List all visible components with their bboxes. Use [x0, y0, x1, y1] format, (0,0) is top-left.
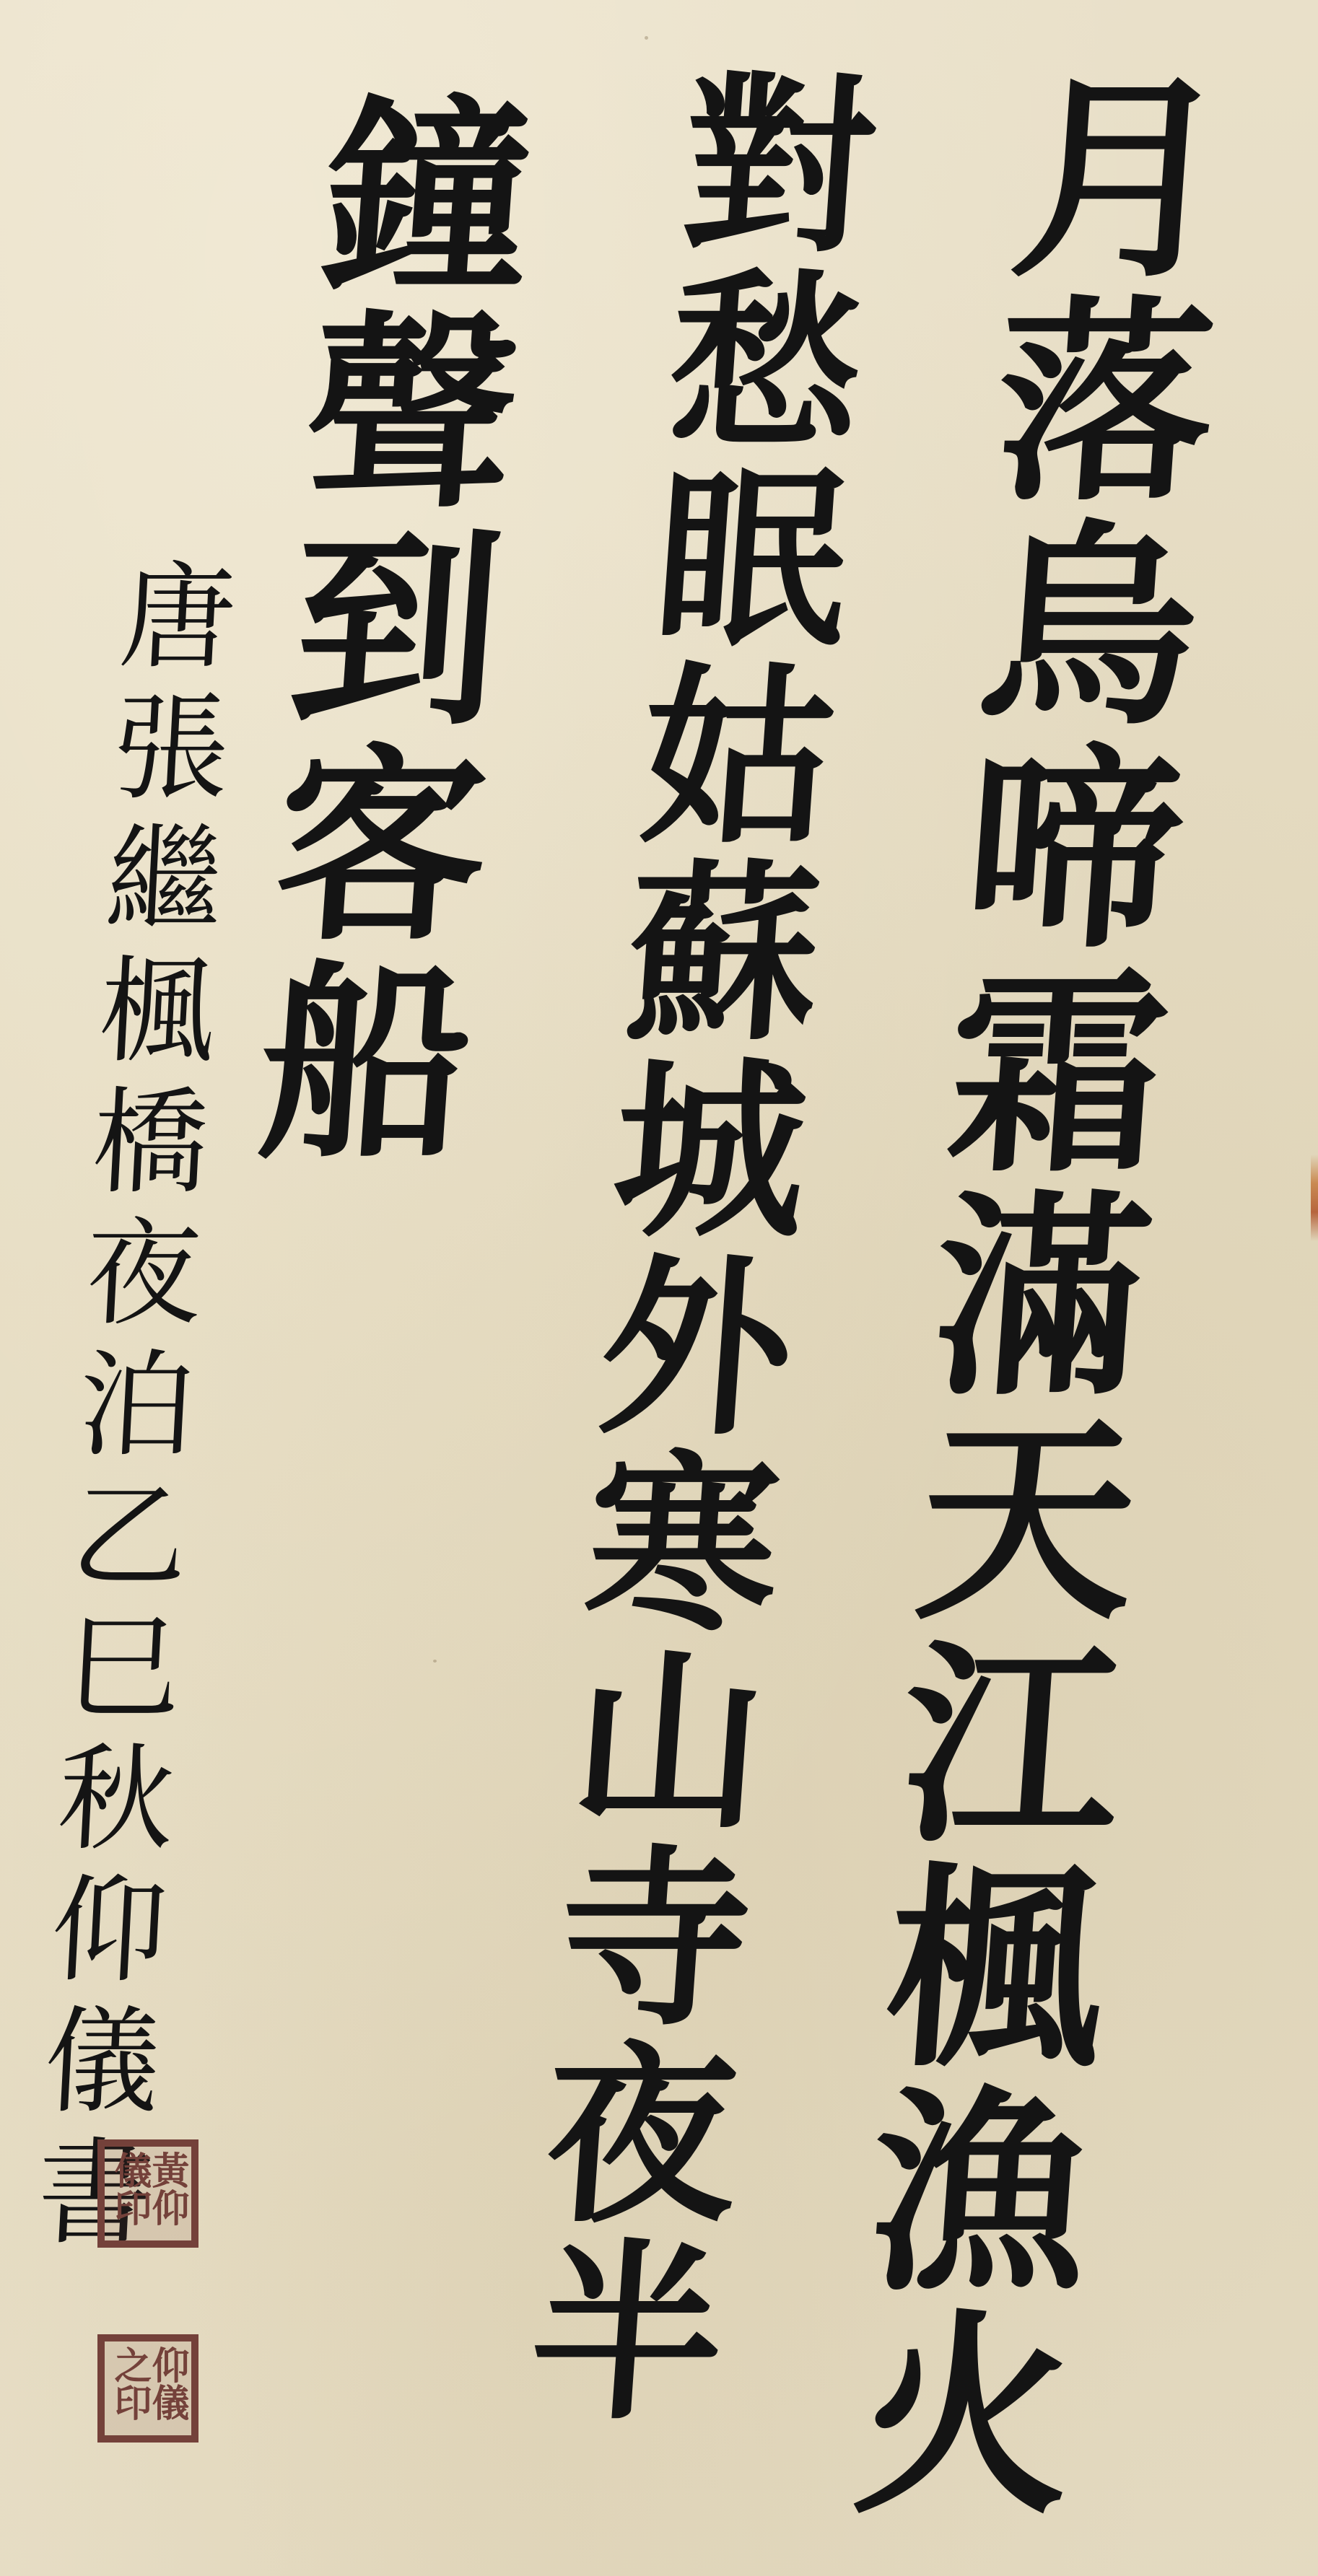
calligraphy-scroll: 月落烏啼霜滿天江楓漁火 對愁眠姑蘇城外寒山寺夜半 鐘聲到客船 唐張繼楓橋夜泊乙巳…	[0, 0, 1318, 2576]
poem-column-1: 月落烏啼霜滿天江楓漁火	[831, 65, 1219, 2525]
artist-seal-1: 黃仰儀印	[97, 2139, 198, 2248]
poem-column-2: 對愁眠姑蘇城外寒山寺夜半	[509, 65, 865, 2429]
artist-seal-2: 仰儀之印	[97, 2334, 198, 2443]
poem-column-3: 鐘聲到客船	[237, 87, 522, 1169]
paper-edge-stain	[1311, 1155, 1318, 1241]
paper-speck	[433, 1660, 437, 1662]
paper-speck	[645, 36, 648, 40]
inscription-column: 唐張繼楓橋夜泊乙巳秋仰儀書	[24, 556, 229, 2263]
